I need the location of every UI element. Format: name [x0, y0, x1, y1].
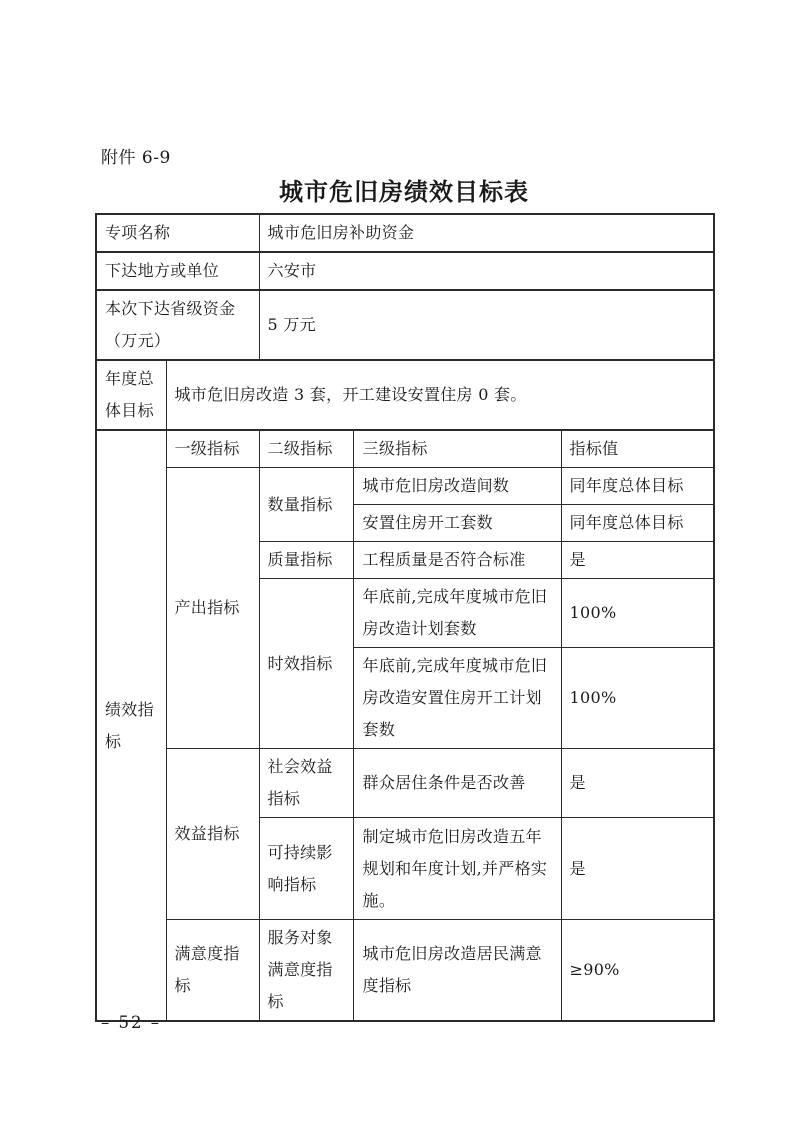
- level1-output: 产出指标: [166, 468, 259, 749]
- header-level3: 三级指标: [353, 430, 561, 468]
- info-value-recipient: 六安市: [259, 252, 714, 290]
- indicator-value: 100%: [561, 648, 714, 749]
- table-row: 满意度指标 服务对象满意度指标 城市危旧房改造居民满意度指标 ≥90%: [96, 920, 714, 1022]
- indicator-value: 同年度总体目标: [561, 505, 714, 542]
- level3-indicator: 群众居住条件是否改善: [353, 749, 561, 818]
- info-label-annual-goal: 年度总体目标: [96, 360, 166, 430]
- info-value-funds: 5 万元: [259, 290, 714, 360]
- header-level1: 一级指标: [166, 430, 259, 468]
- info-label-funds: 本次下达省级资金 （万元）: [96, 290, 259, 360]
- indicator-value: 是: [561, 749, 714, 818]
- level2-service-satisfaction: 服务对象满意度指标: [259, 920, 353, 1022]
- table-row: 年度总体目标 城市危旧房改造 3 套，开工建设安置住房 0 套。: [96, 360, 714, 430]
- table-row: 效益指标 社会效益指标 群众居住条件是否改善 是: [96, 749, 714, 818]
- indicator-value: 是: [561, 818, 714, 920]
- level2-timeliness: 时效指标: [259, 579, 353, 749]
- attachment-label: 附件 6-9: [101, 146, 713, 170]
- page-title: 城市危旧房绩效目标表: [95, 177, 713, 207]
- indicators-section-label: 绩效指标: [96, 430, 166, 1021]
- table-row: 绩效指标 一级指标 二级指标 三级指标 指标值: [96, 430, 714, 468]
- performance-target-table: 专项名称 城市危旧房补助资金 下达地方或单位 六安市 本次下达省级资金 （万元）…: [95, 213, 715, 1022]
- document-content: 附件 6-9 城市危旧房绩效目标表 专项名称 城市危旧房补助资金 下达地方或单位…: [95, 146, 713, 1022]
- level2-sustainability: 可持续影响指标: [259, 818, 353, 920]
- level3-indicator: 制定城市危旧房改造五年规划和年度计划,并严格实施。: [353, 818, 561, 920]
- header-value: 指标值: [561, 430, 714, 468]
- level2-social-benefit: 社会效益指标: [259, 749, 353, 818]
- info-value-annual-goal: 城市危旧房改造 3 套，开工建设安置住房 0 套。: [166, 360, 714, 430]
- table-row: 产出指标 数量指标 城市危旧房改造间数 同年度总体目标: [96, 468, 714, 505]
- table-row: 下达地方或单位 六安市: [96, 252, 714, 290]
- document-page: 附件 6-9 城市危旧房绩效目标表 专项名称 城市危旧房补助资金 下达地方或单位…: [0, 0, 793, 1122]
- header-level2: 二级指标: [259, 430, 353, 468]
- level2-quality: 质量指标: [259, 542, 353, 579]
- indicator-value: 100%: [561, 579, 714, 648]
- level2-quantity: 数量指标: [259, 468, 353, 542]
- info-label-project-name: 专项名称: [96, 214, 259, 252]
- table-row: 专项名称 城市危旧房补助资金: [96, 214, 714, 252]
- indicator-value: 同年度总体目标: [561, 468, 714, 505]
- level3-indicator: 工程质量是否符合标准: [353, 542, 561, 579]
- page-number: – 52 –: [101, 1013, 161, 1032]
- level3-indicator: 城市危旧房改造居民满意度指标: [353, 920, 561, 1022]
- level3-indicator: 年底前,完成年度城市危旧房改造安置住房开工计划套数: [353, 648, 561, 749]
- table-row: 本次下达省级资金 （万元） 5 万元: [96, 290, 714, 360]
- level1-benefit: 效益指标: [166, 749, 259, 920]
- level3-indicator: 城市危旧房改造间数: [353, 468, 561, 505]
- indicator-value: 是: [561, 542, 714, 579]
- level1-satisfaction: 满意度指标: [166, 920, 259, 1022]
- indicator-value: ≥90%: [561, 920, 714, 1022]
- info-value-project-name: 城市危旧房补助资金: [259, 214, 714, 252]
- level3-indicator: 年底前,完成年度城市危旧房改造计划套数: [353, 579, 561, 648]
- info-label-recipient: 下达地方或单位: [96, 252, 259, 290]
- level3-indicator: 安置住房开工套数: [353, 505, 561, 542]
